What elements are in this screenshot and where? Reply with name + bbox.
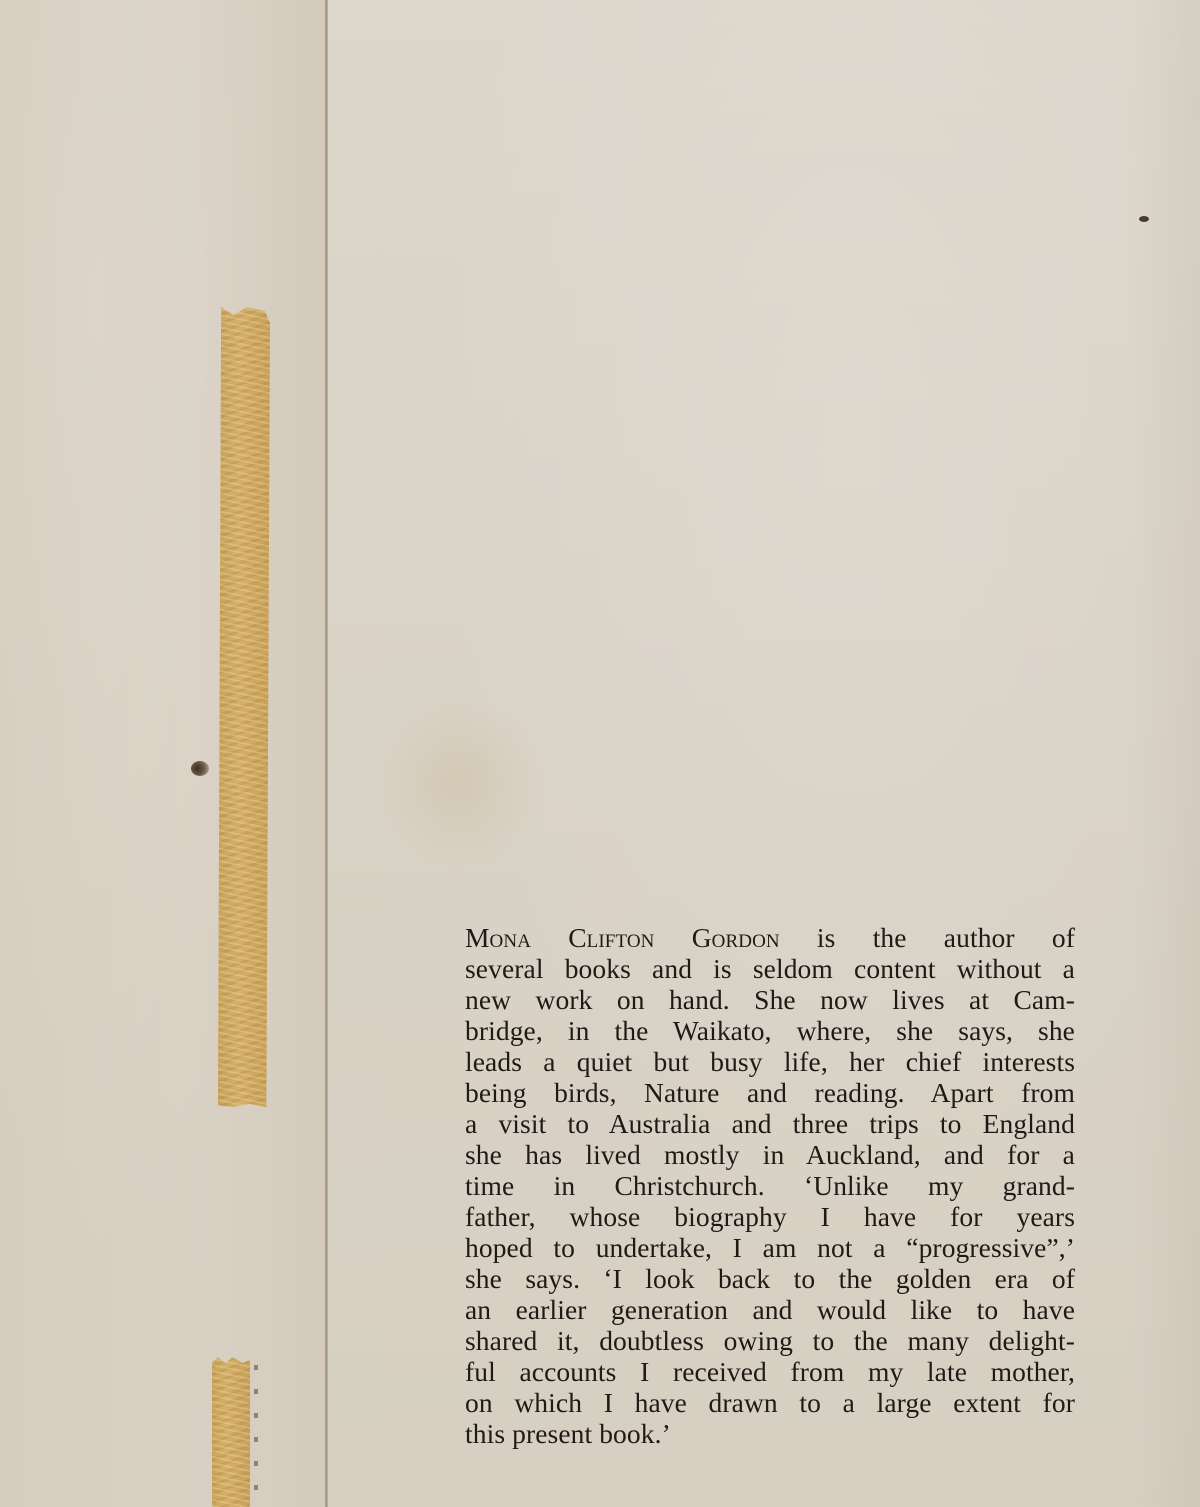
bio-line-14: shared it, doubtless owing to the many d… [465,1325,1075,1356]
bio-line-12: she says. ‘I look back to the golden era… [465,1263,1075,1294]
bio-line-17: this present book.’ [465,1418,1075,1449]
bio-line-13: an earlier generation and would like to … [465,1294,1075,1325]
author-bio-paragraph: Mona Clifton Gordon is the author of sev… [465,922,1075,1449]
bio-line-10: father, whose biography I have for years [465,1201,1075,1232]
flap-edge-shadow [1130,0,1200,1507]
adhesive-tape-strip-top [218,307,270,1107]
bio-line-6: being birds, Nature and reading. Apart f… [465,1077,1075,1108]
tape-residue-marks [254,1365,258,1507]
bio-line-16: on which I have drawn to a large extent … [465,1387,1075,1418]
bio-line-text: is the author of [780,922,1075,953]
bio-line-11: hoped to undertake, I am not a “progress… [465,1232,1075,1263]
bio-line-4: bridge, in the Waikato, where, she says,… [465,1015,1075,1046]
author-name: Mona Clifton Gordon [465,922,780,953]
bio-line-5: leads a quiet but busy life, her chief i… [465,1046,1075,1077]
bio-line-9: time in Christchurch. ‘Unlike my grand- [465,1170,1075,1201]
bio-line-7: a visit to Australia and three trips to … [465,1108,1075,1139]
bio-line-8: she has lived mostly in Auckland, and fo… [465,1139,1075,1170]
adhesive-tape-strip-bottom [212,1357,250,1507]
bio-line-2: several books and is seldom content with… [465,953,1075,984]
pin-hole-mark [191,761,209,776]
bio-line-3: new work on hand. She now lives at Cam- [465,984,1075,1015]
left-endpaper-panel [0,0,327,1507]
bio-line-1: Mona Clifton Gordon is the author of [465,922,1075,953]
bio-line-15: ful accounts I received from my late mot… [465,1356,1075,1387]
paper-speck-mark [1139,216,1149,222]
